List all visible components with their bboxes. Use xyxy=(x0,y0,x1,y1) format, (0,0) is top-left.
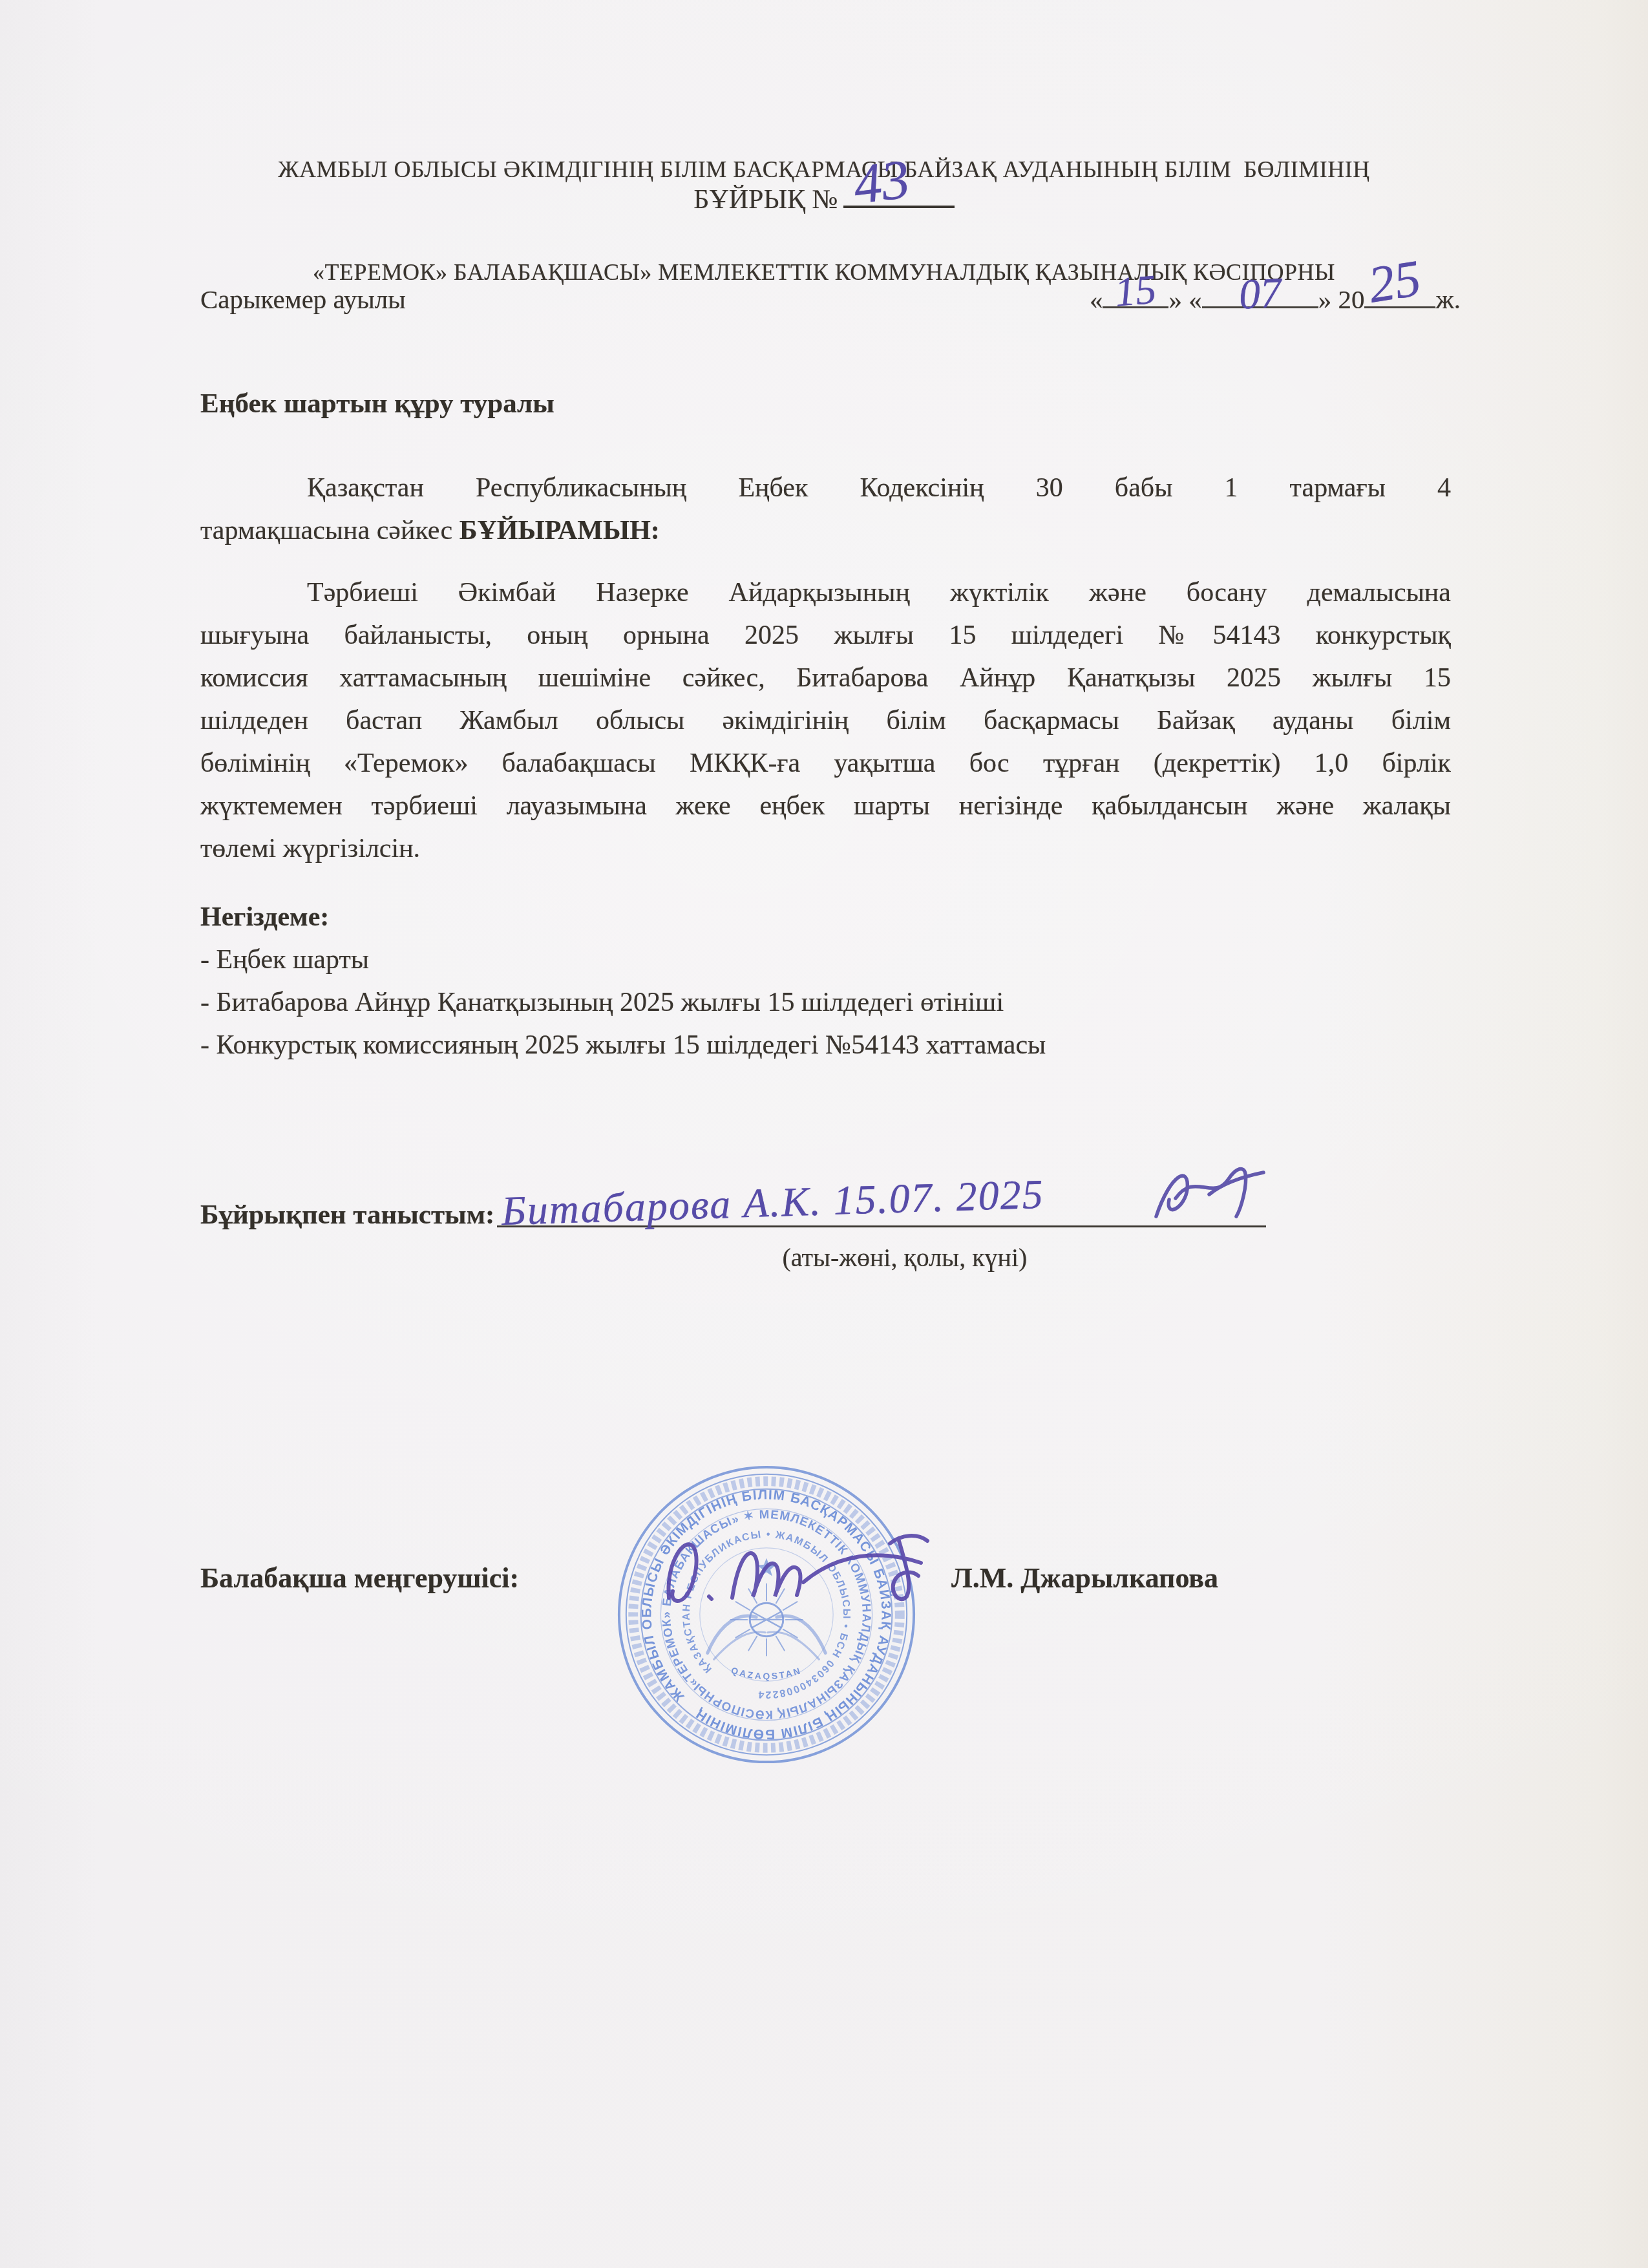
year-blank: 25 xyxy=(1364,277,1435,308)
year-suffix: ж. xyxy=(1435,284,1461,314)
stamp-banner-text: QAZAQSTAN xyxy=(730,1665,803,1681)
signatory-title: Балабақша меңгерушісі: xyxy=(200,1562,519,1594)
acquainted-signature-flourish-icon xyxy=(1147,1157,1270,1235)
quote-close-day: » xyxy=(1168,284,1182,314)
handwritten-acquainted-signature: Битабарова А.К. 15.07. 2025 xyxy=(501,1174,1044,1232)
scanned-order-document: ЖАМБЫЛ ОБЛЫСЫ ӘКІМДІГІНІҢ БІЛІМ БАСҚАРМА… xyxy=(0,0,1648,2268)
order-label: БҰЙРЫҚ № xyxy=(693,185,838,215)
month-blank: 07 xyxy=(1202,277,1318,308)
paragraph-line: шілдеден бастап Жамбыл облысы әкімдігіні… xyxy=(200,699,1451,742)
quote-close-month: » xyxy=(1318,284,1332,314)
quote-open-day: « xyxy=(1090,284,1103,314)
basis-title: Негіздеме: xyxy=(200,896,1451,938)
order-title-row: БҰЙРЫҚ №43 xyxy=(0,173,1648,215)
org-header: ЖАМБЫЛ ОБЛЫСЫ ӘКІМДІГІНІҢ БІЛІМ БАСҚАРМА… xyxy=(178,84,1470,358)
place-date-row: Сарыкемер ауылы «15» «07» 2025ж. xyxy=(200,277,1461,315)
decree-keyword: БҰЙЫРАМЫН: xyxy=(460,516,660,546)
order-number-blank: 43 xyxy=(843,173,955,208)
paragraph-line: Тәрбиеші Әкімбай Назерке Айдарқызының жү… xyxy=(200,571,1451,614)
paragraph-line: тармақшасына сәйкес БҰЙЫРАМЫН: xyxy=(200,509,1451,552)
acquainted-label: Бұйрықпен таныстым: xyxy=(200,1200,494,1230)
order-subject: Еңбек шартын құру туралы xyxy=(200,388,555,419)
paragraph-line: шығуына байланысты, оның орнына 2025 жыл… xyxy=(200,614,1451,657)
order-date: «15» «07» 2025ж. xyxy=(1090,277,1461,315)
day-blank: 15 xyxy=(1103,277,1168,308)
paragraph-line: бөлімінің «Теремок» балабақшасы МКҚК-ға … xyxy=(200,742,1451,785)
signature-hint: (аты-жөні, қолы, күні) xyxy=(569,1242,1241,1273)
paragraph-line: комиссия хаттамасының шешіміне сәйкес, Б… xyxy=(200,657,1451,699)
order-body-paragraph: Тәрбиеші Әкімбай Назерке Айдарқызының жү… xyxy=(200,571,1451,870)
handwritten-year: 25 xyxy=(1365,252,1424,312)
handwritten-day: 15 xyxy=(1114,268,1158,313)
legal-basis-paragraph: Қазақстан Республикасының Еңбек Кодексін… xyxy=(200,467,1451,552)
quote-open-month: « xyxy=(1188,284,1202,314)
basis-item: - Битабарова Айнұр Қанатқызының 2025 жыл… xyxy=(200,981,1451,1024)
acquainted-row: Бұйрықпен таныстым: Битабарова А.К. 15.0… xyxy=(200,1191,1461,1231)
handwritten-month: 07 xyxy=(1238,271,1282,316)
paragraph-line: жүктемемен тәрбиеші лауазымына жеке еңбе… xyxy=(200,785,1451,827)
place-name: Сарыкемер ауылы xyxy=(200,284,406,315)
director-signature xyxy=(650,1518,947,1627)
basis-item: - Конкурстық комиссияның 2025 жылғы 15 ш… xyxy=(200,1024,1451,1066)
handwritten-order-number: 43 xyxy=(850,151,913,213)
signatory-name: Л.М. Джарылкапова xyxy=(951,1562,1218,1595)
acquainted-signature-line: Битабарова А.К. 15.07. 2025 xyxy=(497,1191,1266,1227)
year-century: 20 xyxy=(1338,284,1364,314)
basis-section: Негіздеме: - Еңбек шарты - Битабарова Ай… xyxy=(200,896,1451,1066)
paragraph-line: төлемі жүргізілсін. xyxy=(200,827,1451,870)
paragraph-line: Қазақстан Республикасының Еңбек Кодексін… xyxy=(200,467,1451,509)
basis-item: - Еңбек шарты xyxy=(200,938,1451,981)
